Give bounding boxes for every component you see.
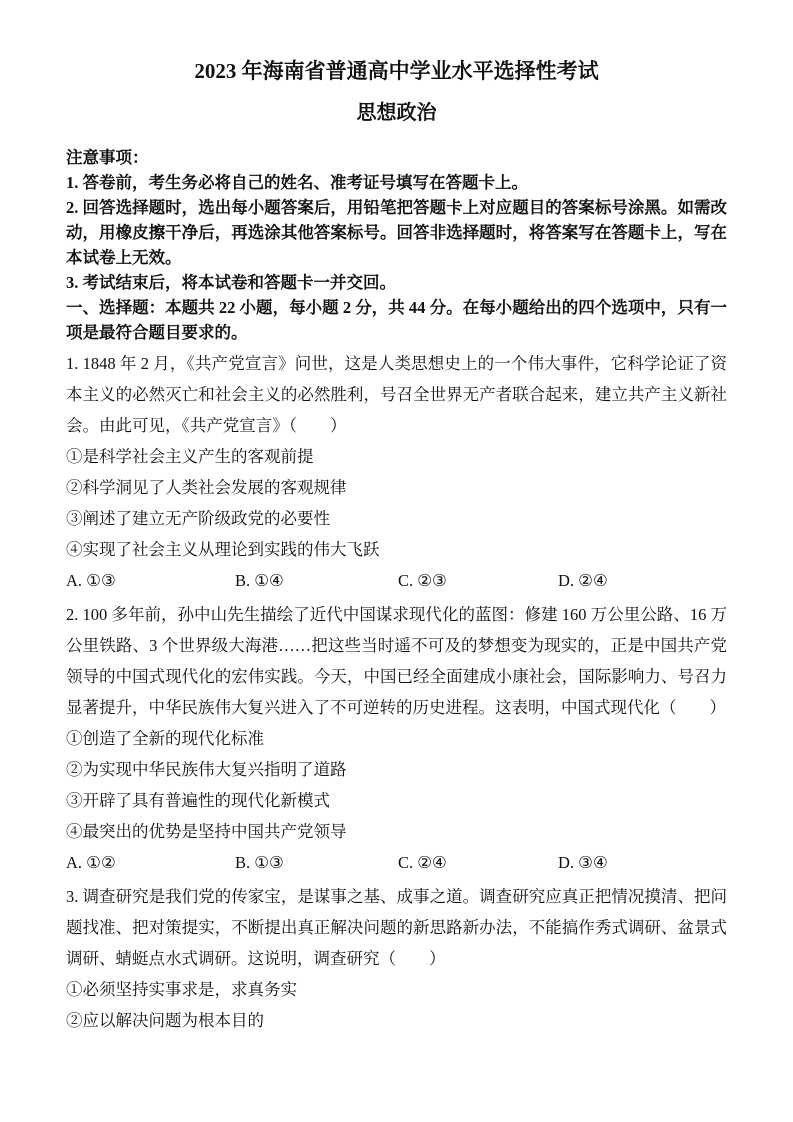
question-1: 1. 1848 年 2 月，《共产党宣言》问世，这是人类思想史上的一个伟大事件，… <box>66 348 727 596</box>
question-1-option-c: C. ②③ <box>398 565 558 596</box>
question-2-option-d: D. ③④ <box>558 847 727 878</box>
notice-item-3: 3. 考试结束后，将本试卷和答题卡一并交回。 <box>66 270 727 295</box>
notice-item-2: 2. 回答选择题时，选出每小题答案后，用铅笔把答题卡上对应题目的答案标号涂黑。如… <box>66 195 727 270</box>
exam-subject-title: 思想政治 <box>66 100 727 126</box>
question-3-statement-2: ②应以解决问题为根本目的 <box>66 1005 727 1036</box>
section-heading-multiple-choice: 一、选择题：本题共 22 小题，每小题 2 分，共 44 分。在每小题给出的四个… <box>66 295 727 345</box>
question-1-options-row: A. ①③ B. ①④ C. ②③ D. ②④ <box>66 565 727 596</box>
question-2-option-c: C. ②④ <box>398 847 558 878</box>
question-2-option-a: A. ①② <box>66 847 235 878</box>
question-2: 2. 100 多年前，孙中山先生描绘了近代中国谋求现代化的蓝图：修建 160 万… <box>66 599 727 878</box>
question-2-statement-1: ①创造了全新的现代化标准 <box>66 723 727 754</box>
question-3-statement-1: ①必须坚持实事求是，求真务实 <box>66 974 727 1005</box>
question-1-stem: 1. 1848 年 2 月，《共产党宣言》问世，这是人类思想史上的一个伟大事件，… <box>66 348 727 441</box>
question-2-statement-3: ③开辟了具有普遍性的现代化新模式 <box>66 785 727 816</box>
question-3-stem: 3. 调查研究是我们党的传家宝，是谋事之基、成事之道。调查研究应真正把情况摸清、… <box>66 881 727 974</box>
question-2-statement-2: ②为实现中华民族伟大复兴指明了道路 <box>66 754 727 785</box>
exam-paper-page: 2023 年海南省普通高中学业水平选择性考试 思想政治 注意事项： 1. 答卷前… <box>0 0 793 1122</box>
question-2-options-row: A. ①② B. ①③ C. ②④ D. ③④ <box>66 847 727 878</box>
exam-title: 2023 年海南省普通高中学业水平选择性考试 <box>66 58 727 85</box>
question-1-option-d: D. ②④ <box>558 565 727 596</box>
question-1-statement-2: ②科学洞见了人类社会发展的客观规律 <box>66 472 727 503</box>
notice-heading: 注意事项： <box>66 145 727 170</box>
question-3: 3. 调查研究是我们党的传家宝，是谋事之基、成事之道。调查研究应真正把情况摸清、… <box>66 881 727 1036</box>
question-2-statement-4: ④最突出的优势是坚持中国共产党领导 <box>66 816 727 847</box>
question-2-stem: 2. 100 多年前，孙中山先生描绘了近代中国谋求现代化的蓝图：修建 160 万… <box>66 599 727 723</box>
question-1-statement-3: ③阐述了建立无产阶级政党的必要性 <box>66 503 727 534</box>
question-1-statement-4: ④实现了社会主义从理论到实践的伟大飞跃 <box>66 534 727 565</box>
notice-section: 注意事项： 1. 答卷前，考生务必将自己的姓名、准考证号填写在答题卡上。 2. … <box>66 145 727 295</box>
question-1-option-b: B. ①④ <box>235 565 398 596</box>
notice-item-1: 1. 答卷前，考生务必将自己的姓名、准考证号填写在答题卡上。 <box>66 170 727 195</box>
question-1-option-a: A. ①③ <box>66 565 235 596</box>
question-2-option-b: B. ①③ <box>235 847 398 878</box>
question-1-statement-1: ①是科学社会主义产生的客观前提 <box>66 441 727 472</box>
